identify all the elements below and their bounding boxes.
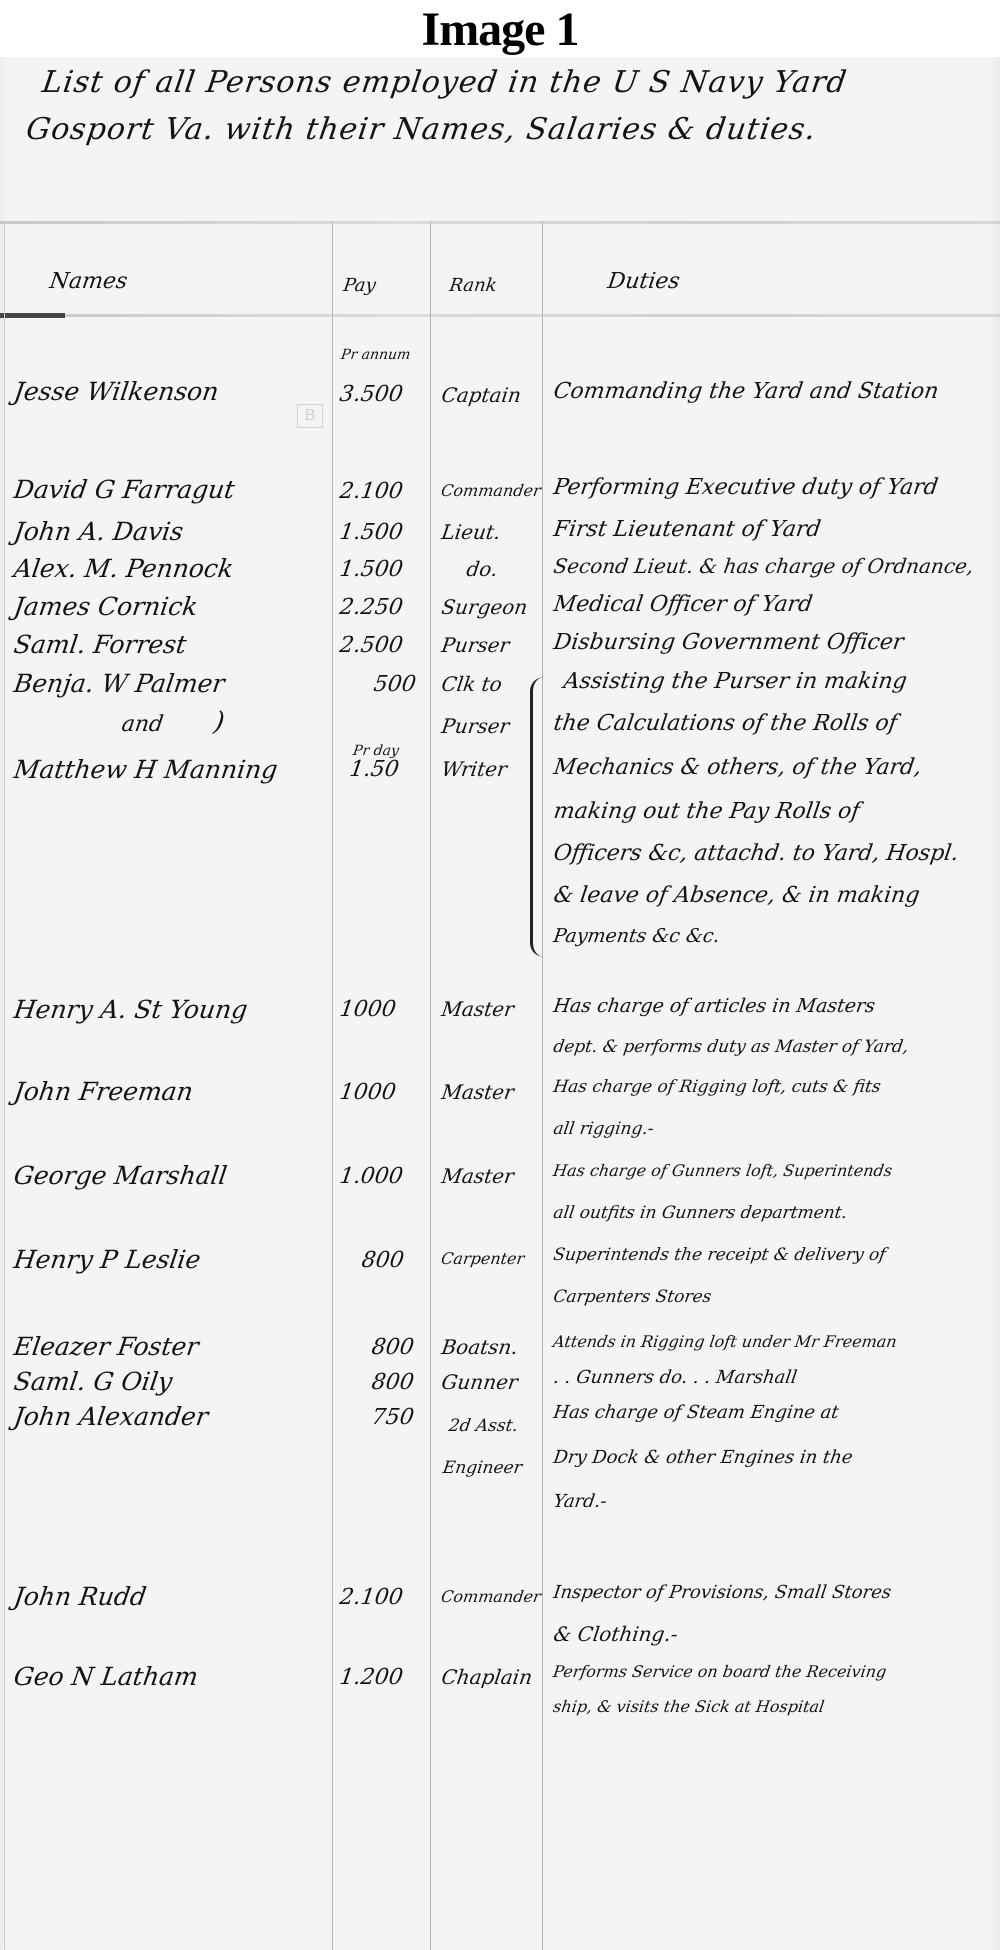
document-title-line-2: Gosport Va. with their Names, Salaries &… — [24, 112, 819, 147]
entry-name: Saml. G Oily — [12, 1367, 174, 1396]
entry-duty: Disbursing Government Officer — [552, 630, 905, 655]
entry-rank: Writer — [440, 757, 508, 781]
entry-name: James Cornick — [12, 592, 200, 621]
entry-duty: Mechanics & others, of the Yard, — [552, 755, 923, 780]
column-header-rank: Rank — [448, 275, 498, 296]
entry-pay: 500 — [372, 672, 418, 697]
entry-name: Geo N Latham — [12, 1662, 200, 1691]
entry-duty: Has charge of Steam Engine at — [552, 1402, 840, 1423]
entry-duty: & Clothing.- — [552, 1622, 679, 1646]
entry-duty: & leave of Absence, & in making — [552, 883, 921, 908]
entry-name: and — [120, 712, 165, 737]
entry-pay: 800 — [370, 1370, 416, 1395]
entry-duty: making out the Pay Rolls of — [552, 799, 861, 824]
entry-rank: Lieut. — [440, 520, 502, 544]
entry-duty: First Lieutenant of Yard — [552, 517, 822, 542]
column-header-pay: Pay — [342, 275, 377, 296]
entry-duty: Has charge of articles in Masters — [552, 995, 876, 1017]
entry-rank: Purser — [440, 714, 511, 738]
entry-duty: ship, & visits the Sick at Hospital — [552, 1697, 826, 1716]
entry-duty: Has charge of Gunners loft, Superintends — [552, 1161, 893, 1180]
entry-duty: Commanding the Yard and Station — [552, 379, 940, 404]
column-header-duties: Duties — [606, 269, 682, 294]
entry-pay: 3.500 — [338, 382, 404, 407]
entry-duty: dept. & performs duty as Master of Yard, — [552, 1037, 910, 1057]
entry-duty: Yard.- — [552, 1491, 608, 1512]
entry-pay: 2.100 — [338, 479, 404, 504]
entry-name: Jesse Wilkenson — [12, 377, 221, 406]
pay-unit-annum: Pr annum — [340, 347, 411, 363]
entry-name: George Marshall — [12, 1161, 229, 1190]
header-top-rule — [0, 221, 1000, 224]
entry-duty: . . Gunners do. . . Marshall — [552, 1367, 798, 1388]
entry-rank: Carpenter — [440, 1249, 526, 1268]
entry-rank: Master — [440, 1080, 515, 1104]
entry-duty: Dry Dock & other Engines in the — [552, 1447, 854, 1468]
entry-duty: all rigging.- — [552, 1119, 655, 1139]
entry-rank: Commander — [440, 481, 542, 500]
entry-name: John Alexander — [12, 1402, 210, 1431]
entry-duty: Payments &c &c. — [552, 925, 721, 947]
entry-duty: Has charge of Rigging loft, cuts & fits — [552, 1077, 882, 1097]
left-margin-line — [4, 221, 5, 1950]
entry-rank: Purser — [440, 633, 511, 657]
entry-name: Henry P Leslie — [12, 1245, 203, 1274]
entry-duty: Officers &c, attachd. to Yard, Hospl. — [552, 841, 960, 866]
entry-name: Alex. M. Pennock — [12, 554, 235, 583]
entry-rank: Commander — [440, 1587, 542, 1606]
entry-name: John Rudd — [12, 1582, 148, 1611]
entry-duty: all outfits in Gunners department. — [552, 1203, 848, 1223]
entry-pay: 2.250 — [338, 595, 404, 620]
entry-rank: Clk to — [440, 672, 504, 696]
entry-rank: Surgeon — [440, 595, 529, 619]
entry-pay: 800 — [370, 1335, 416, 1360]
entry-pay: 2.100 — [338, 1585, 404, 1610]
entry-rank: do. — [465, 557, 499, 581]
entry-duty: Second Lieut. & has charge of Ordnance, — [552, 554, 975, 578]
entry-name: Benja. W Palmer — [12, 669, 227, 698]
duties-brace — [530, 677, 551, 957]
entry-pay: 800 — [360, 1248, 406, 1273]
entry-duty: Inspector of Provisions, Small Stores — [552, 1582, 893, 1603]
entry-pay: 2.500 — [338, 633, 404, 658]
entry-rank: 2d Asst. Engineer — [440, 1405, 552, 1489]
entry-pay: 1000 — [338, 997, 398, 1022]
entry-name: Saml. Forrest — [12, 630, 188, 659]
archive-watermark: B — [297, 404, 323, 428]
entry-duty: Medical Officer of Yard — [552, 592, 814, 617]
entry-duty: Carpenters Stores — [552, 1287, 713, 1307]
manuscript-page: List of all Persons employed in the U S … — [0, 57, 1000, 1950]
column-divider-pay-rank — [430, 221, 431, 1950]
entry-duty: Superintends the receipt & delivery of — [552, 1245, 887, 1265]
entry-rank: Gunner — [440, 1370, 519, 1394]
header-bottom-rule — [0, 314, 1000, 317]
entry-duty: Assisting the Purser in making — [562, 669, 909, 694]
column-header-names: Names — [48, 269, 129, 294]
entry-pay: 1.000 — [338, 1164, 404, 1189]
column-divider-name-pay — [332, 221, 333, 1950]
image-caption: Image 1 — [0, 0, 1000, 57]
entry-rank: Chaplain — [440, 1665, 534, 1689]
entry-duty: Attends in Rigging loft under Mr Freeman — [552, 1332, 898, 1351]
entry-name: Henry A. St Young — [12, 995, 249, 1024]
entry-pay: 1000 — [338, 1080, 398, 1105]
entry-pay: 1.200 — [338, 1665, 404, 1690]
entry-duty: Performs Service on board the Receiving — [552, 1662, 888, 1681]
entry-rank: Master — [440, 1164, 515, 1188]
entry-pay: 1.500 — [338, 557, 404, 582]
entry-duty: Performing Executive duty of Yard — [552, 475, 940, 500]
entry-rank: Boatsn. — [440, 1335, 520, 1359]
entry-duty: the Calculations of the Rolls of — [552, 711, 899, 736]
entry-pay: 1.50 — [348, 757, 400, 782]
entry-name: John Freeman — [12, 1077, 195, 1106]
entry-pay: 750 — [370, 1405, 416, 1430]
entry-name: John A. Davis — [12, 517, 185, 546]
entry-name: David G Farragut — [12, 475, 237, 504]
document-title-line-1: List of all Persons employed in the U S … — [40, 65, 849, 100]
entry-name: Matthew H Manning — [12, 755, 279, 784]
entry-pay: 1.500 — [338, 520, 404, 545]
entry-name: Eleazer Foster — [12, 1332, 201, 1361]
entry-rank: Captain — [440, 383, 523, 407]
name-bracket: ) — [212, 707, 226, 737]
entry-rank: Master — [440, 997, 515, 1021]
